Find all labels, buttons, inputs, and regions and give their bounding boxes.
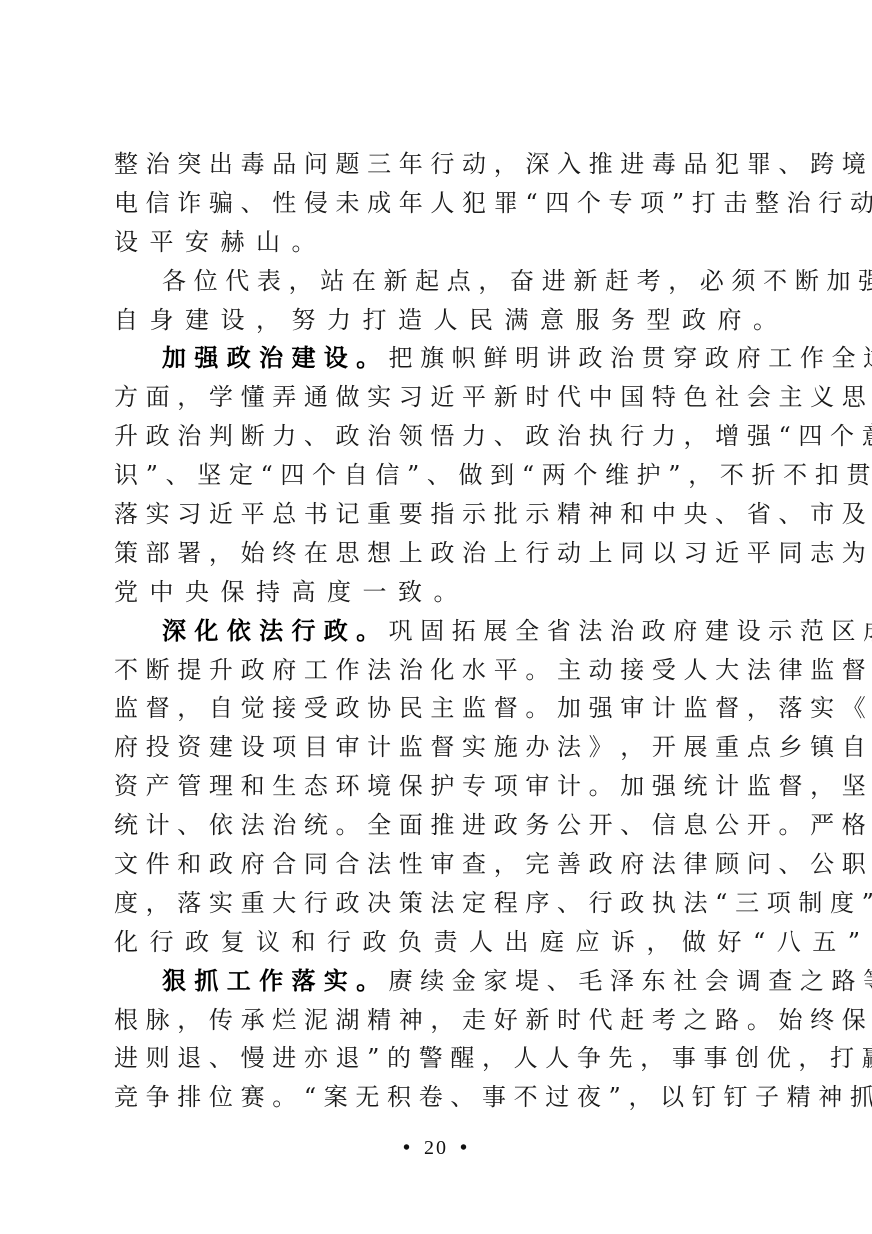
text-line: 方 面 ， 学 懂 弄 通 做 实 习 近 平 新 时 代 中 国 特 色 社 … xyxy=(114,378,760,417)
text-line: 不 断 提 升 政 府 工 作 法 治 化 水 平 。 主 动 接 受 人 大 … xyxy=(114,651,760,690)
section-heading: 狠 抓 工 作 落 实 。 xyxy=(162,966,389,995)
section-heading: 加 强 政 治 建 设 。 xyxy=(162,343,389,372)
paragraph-political-building: 加 强 政 治 建 设 。 把 旗 帜 鲜 明 讲 政 治 贯 穿 政 府 工 … xyxy=(114,339,760,611)
text-line: 电 信 诈 骗 、 性 侵 未 成 年 人 犯 罪 “ 四 个 专 项 ” 打 … xyxy=(114,184,760,223)
page-number-value: 20 xyxy=(424,1137,448,1159)
text-line: 根 脉 ， 传 承 烂 泥 湖 精 神 ， 走 好 新 时 代 赶 考 之 路 … xyxy=(114,1001,760,1040)
text-line: 资 产 管 理 和 生 态 环 境 保 护 专 项 审 计 。 加 强 统 计 … xyxy=(114,767,760,806)
bullet-dot-icon: • xyxy=(403,1137,412,1160)
text-line: 策 部 署 ， 始 终 在 思 想 上 政 治 上 行 动 上 同 以 习 近 … xyxy=(114,534,760,573)
text-line: 统 计 、 依 法 治 统 。 全 面 推 进 政 务 公 开 、 信 息 公 … xyxy=(114,806,760,845)
paragraph-work-implementation: 狠 抓 工 作 落 实 。 赓 续 金 家 堤 、 毛 泽 东 社 会 调 查 … xyxy=(114,962,760,1118)
text-run: 把 旗 帜 鲜 明 讲 政 治 贯 穿 政 府 工 作 全 过 程 各 xyxy=(389,344,872,372)
text-line: 进 则 退 、 慢 进 亦 退 ” 的 警 醒 ， 人 人 争 先 ， 事 事 … xyxy=(114,1039,760,1078)
text-line: 度 ， 落 实 重 大 行 政 决 策 法 定 程 序 、 行 政 执 法 “ … xyxy=(114,884,760,923)
text-line: 升 政 治 判 断 力 、 政 治 领 悟 力 、 政 治 执 行 力 ， 增 … xyxy=(114,417,760,456)
text-line: 文 件 和 政 府 合 同 合 法 性 审 查 ， 完 善 政 府 法 律 顾 … xyxy=(114,845,760,884)
bullet-dot-icon: • xyxy=(460,1137,469,1160)
text-line: 深 化 依 法 行 政 。 巩 固 拓 展 全 省 法 治 政 府 建 设 示 … xyxy=(114,612,760,651)
text-line: 各 位 代 表 ， 站 在 新 起 点 ， 奋 进 新 赶 考 ， 必 须 不 … xyxy=(114,262,760,301)
body-text: 整 治 突 出 毒 品 问 题 三 年 行 动 ， 深 入 推 进 毒 品 犯 … xyxy=(114,145,760,1117)
text-run: 赓 续 金 家 堤 、 毛 泽 东 社 会 调 查 之 路 等 红 色 xyxy=(389,967,872,995)
page-number: •20• xyxy=(0,1137,872,1160)
text-line: 化行政复议和行政负责人出庭应诉，做好“八五”普法工作。 xyxy=(114,923,760,962)
text-line: 整 治 突 出 毒 品 问 题 三 年 行 动 ， 深 入 推 进 毒 品 犯 … xyxy=(114,145,760,184)
text-line: 党中央保持高度一致。 xyxy=(114,573,760,612)
text-line: 设平安赫山。 xyxy=(114,223,760,262)
document-page: 整 治 突 出 毒 品 问 题 三 年 行 动 ， 深 入 推 进 毒 品 犯 … xyxy=(0,0,872,1234)
text-line: 落 实 习 近 平 总 书 记 重 要 指 示 批 示 精 神 和 中 央 、 … xyxy=(114,495,760,534)
text-line: 监 督 ， 自 觉 接 受 政 协 民 主 监 督 。 加 强 审 计 监 督 … xyxy=(114,689,760,728)
text-line: 自身建设，努力打造人民满意服务型政府。 xyxy=(114,301,760,340)
text-line: 府 投 资 建 设 项 目 审 计 监 督 实 施 办 法 》 ， 开 展 重 … xyxy=(114,728,760,767)
text-line: 竞 争 排 位 赛 。 “ 案 无 积 卷 、 事 不 过 夜 ” ， 以 钉 … xyxy=(114,1078,760,1117)
paragraph-drug-crime-continuation: 整 治 突 出 毒 品 问 题 三 年 行 动 ， 深 入 推 进 毒 品 犯 … xyxy=(114,145,760,262)
paragraph-law-based-administration: 深 化 依 法 行 政 。 巩 固 拓 展 全 省 法 治 政 府 建 设 示 … xyxy=(114,612,760,962)
section-heading: 深 化 依 法 行 政 。 xyxy=(162,616,389,645)
paragraph-self-building-intro: 各 位 代 表 ， 站 在 新 起 点 ， 奋 进 新 赶 考 ， 必 须 不 … xyxy=(114,262,760,340)
text-line: 狠 抓 工 作 落 实 。 赓 续 金 家 堤 、 毛 泽 东 社 会 调 查 … xyxy=(114,962,760,1001)
text-line: 识 ” 、 坚 定 “ 四 个 自 信 ” 、 做 到 “ 两 个 维 护 ” … xyxy=(114,456,760,495)
text-run: 巩 固 拓 展 全 省 法 治 政 府 建 设 示 范 区 成 果 ， xyxy=(389,617,872,645)
text-line: 加 强 政 治 建 设 。 把 旗 帜 鲜 明 讲 政 治 贯 穿 政 府 工 … xyxy=(114,339,760,378)
